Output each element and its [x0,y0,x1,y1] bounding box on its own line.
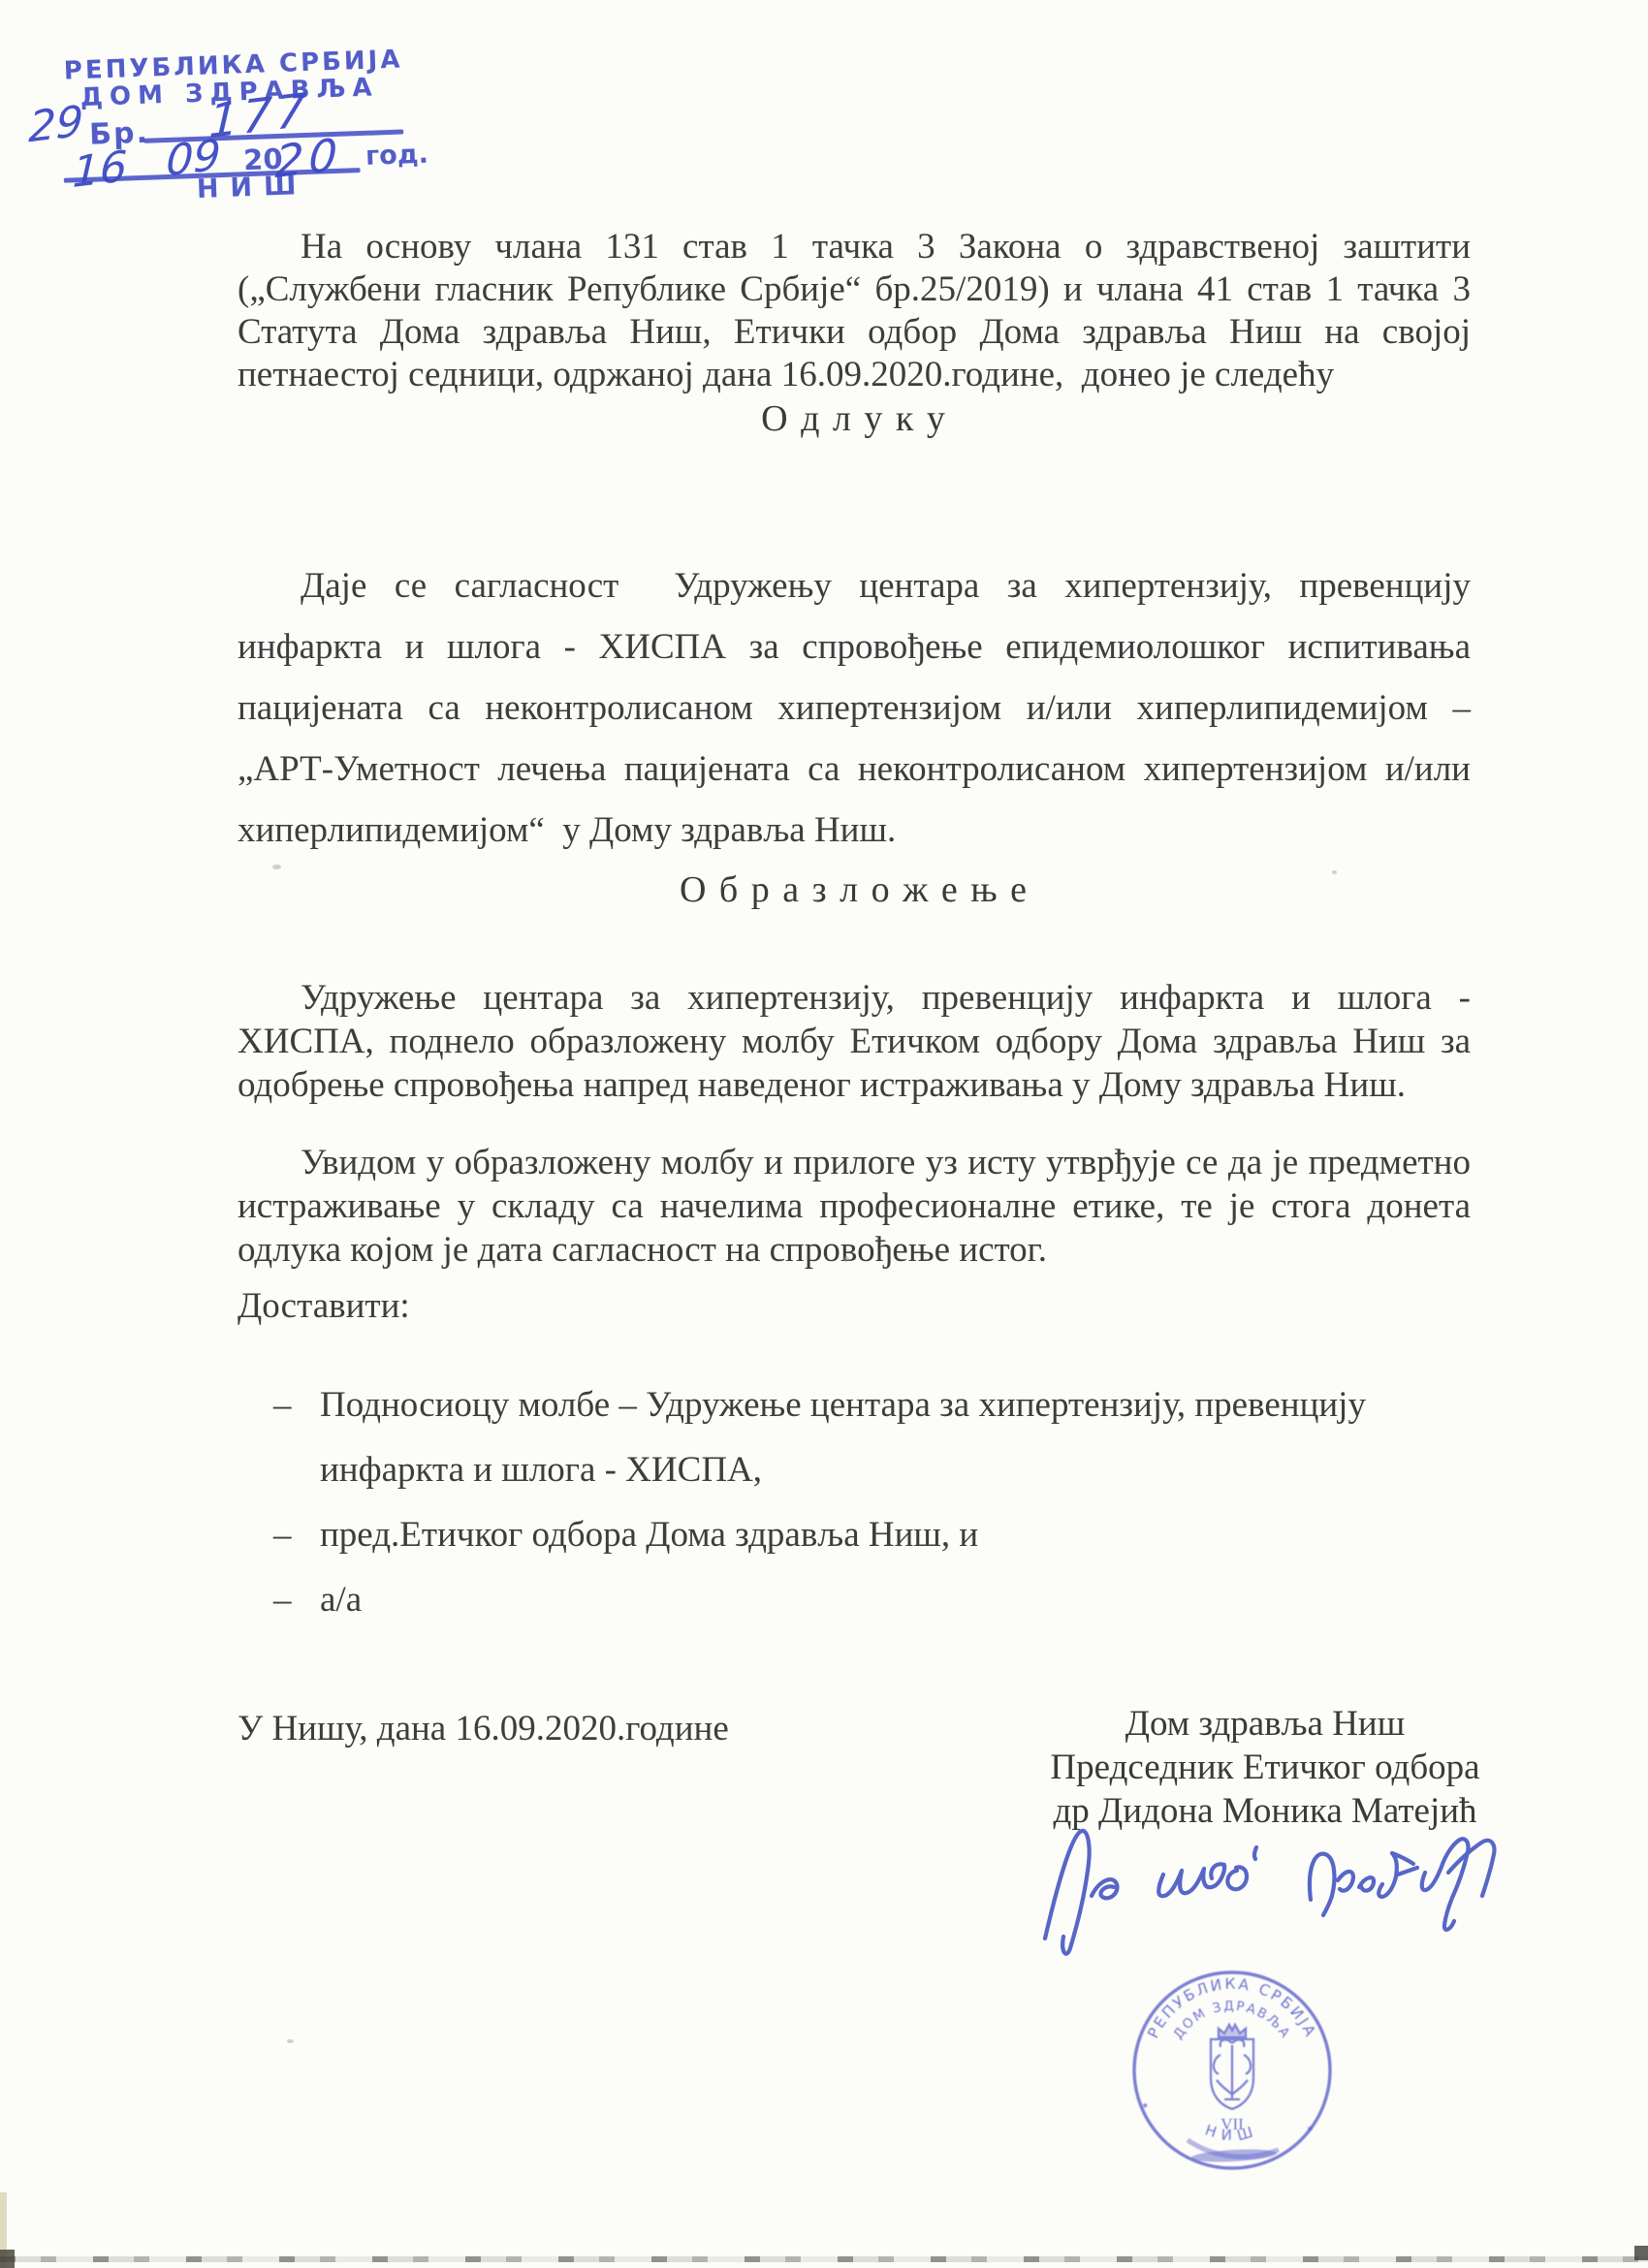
place-and-date: У Нишу, дана 16.09.2020.године [238,1708,729,1749]
organization-name: Дом здравља Ниш [1008,1702,1522,1746]
scan-corner-mark [1634,2246,1648,2260]
decision-paragraph: Даје се сагласност Удружењу центара за х… [238,555,1471,861]
list-dash: – [273,1502,292,1567]
signature-scribble [1018,1811,1522,1966]
scan-speck [287,2039,294,2043]
rationale-paragraph-2: Увидом у образложену молбу и прилоге уз … [238,1141,1471,1272]
rationale-paragraph-1: Удружење центара за хипертензију, превен… [238,976,1471,1107]
list-item: – Подносиоцу молбе – Удружење центара за… [238,1372,1471,1502]
stamp-star-right-icon: ✶ [1306,2125,1314,2135]
header-office-stamp: РЕПУБЛИКА СРБИЈА ДОМ ЗДРАВЉА 29 Бр. 177 … [24,37,476,217]
list-item: – а/а [238,1567,1471,1632]
stamp-star-left-icon: ✶ [1141,2101,1149,2112]
scan-speck [1332,870,1337,874]
list-item-text: а/а [320,1580,362,1620]
signer-role: Председник Етичког одбора [1008,1746,1522,1789]
list-dash: – [273,1567,292,1632]
handwritten-number-29: 29 [28,97,84,153]
handwritten-year-suffix: 20 [274,128,343,188]
list-item-text: Подносиоцу молбе – Удружење центара за х… [320,1385,1366,1490]
coat-of-arms-icon [1211,2025,1253,2109]
distribution-list: – Подносиоцу молбе – Удружење центара за… [238,1372,1471,1632]
scan-speck [272,865,281,869]
scanned-document-page: РЕПУБЛИКА СРБИЈА ДОМ ЗДРАВЉА 29 Бр. 177 … [0,0,1648,2268]
scan-speck [843,1256,849,1262]
intro-paragraph: На основу члана 131 став 1 тачка 3 Закон… [238,226,1471,396]
round-official-stamp: РЕПУБЛИКА СРБИЈА ДОМ ЗДРАВЉА НИШ VII ✶ ✶ [1116,1954,1348,2187]
distribute-label: Доставити: [238,1285,410,1327]
decision-heading: О д л у к у [238,397,1471,440]
stamp-numeral: VII [1220,2115,1244,2133]
rationale-heading: О б р а з л о ж е њ е [238,868,1471,911]
scan-edge-bottom [0,2256,1648,2262]
list-dash: – [273,1372,292,1437]
scan-corner-mark [0,2250,15,2268]
stamp-year-label: год. [365,140,429,172]
list-item-text: пред.Етичког одбора Дома здравља Ниш, и [320,1515,978,1555]
list-item: – пред.Етичког одбора Дома здравља Ниш, … [238,1502,1471,1567]
